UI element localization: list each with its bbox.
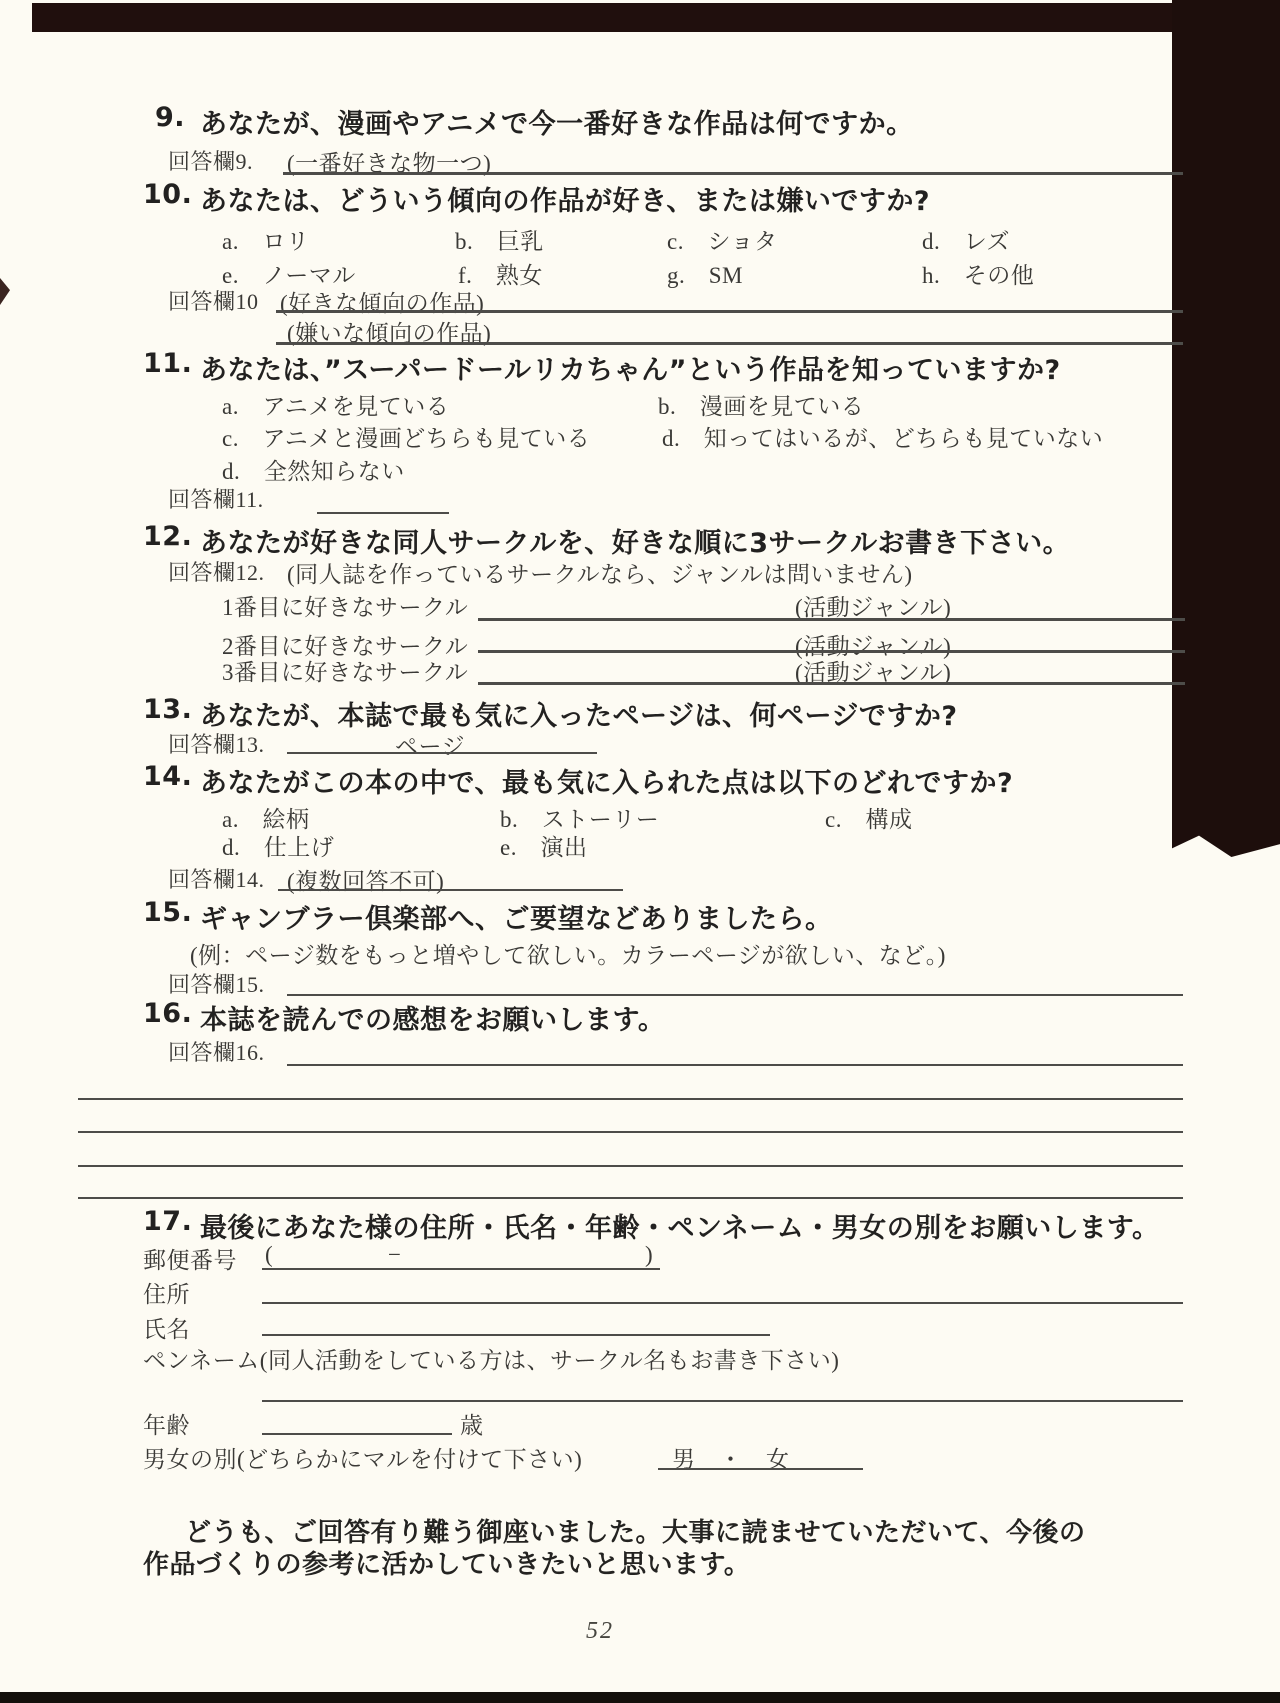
address-line <box>262 1302 1183 1304</box>
circle-1-label: 1番目に好きなサークル <box>222 589 468 622</box>
scan-border-bottom <box>0 1692 1280 1703</box>
scan-border-right <box>1172 0 1280 857</box>
option-10-h: h. その他 <box>922 257 1034 290</box>
option-14-e: e. 演出 <box>500 829 587 862</box>
free-line-3 <box>78 1165 1183 1167</box>
question-10-number: 10. <box>143 179 192 210</box>
answer-label-9: 回答欄9. <box>168 145 253 176</box>
answer-label-11: 回答欄11. <box>168 483 264 514</box>
option-11-e: d. 全然知らない <box>222 453 405 486</box>
option-11-d: d. 知ってはいるが、どちらも見ていない <box>662 420 1103 453</box>
address-label: 住所 <box>143 1276 190 1309</box>
question-14-number: 14. <box>143 761 192 792</box>
free-line-1 <box>78 1098 1183 1100</box>
question-13-title: あなたが、本誌で最も気に入ったページは、何ページですか? <box>200 694 958 733</box>
gender-line <box>658 1468 863 1470</box>
option-10-b: b. 巨乳 <box>455 223 544 256</box>
question-14-title: あなたがこの本の中で、最も気に入られた点は以下のどれですか? <box>200 761 1013 800</box>
answer-label-16: 回答欄16. <box>168 1036 265 1067</box>
circle-2-line <box>478 650 1185 653</box>
option-14-d: d. 仕上げ <box>222 829 334 862</box>
option-10-g: g. SM <box>667 257 743 290</box>
answer-line-10-dislike <box>276 342 1183 345</box>
question-15-title: ギャンブラー倶楽部へ、ご要望などありましたら。 <box>200 897 833 936</box>
postal-line <box>262 1268 660 1270</box>
question-11-title: あなたは、”スーパードールリカちゃん”という作品を知っていますか? <box>200 348 1061 387</box>
answer-line-16 <box>287 1064 1183 1066</box>
answer-label-10: 回答欄10 <box>168 285 259 316</box>
question-17-title: 最後にあなた様の住所・氏名・年齢・ペンネーム・男女の別をお願いします。 <box>200 1206 1160 1245</box>
circle-3-label: 3番目に好きなサークル <box>222 654 468 687</box>
postal-label: 郵便番号 <box>143 1242 237 1275</box>
answer-note-10-like: (好きな傾向の作品) <box>280 285 484 318</box>
answer-line-13 <box>287 752 597 754</box>
scan-mark-left <box>0 278 10 305</box>
postal-paren-close: ) <box>645 1242 653 1268</box>
gender-label: 男女の別(どちらかにマルを付けて下さい) <box>143 1441 582 1474</box>
question-13-number: 13. <box>143 694 192 725</box>
circle-1-line <box>478 618 1185 621</box>
question-11-number: 11. <box>143 348 192 379</box>
free-line-2 <box>78 1131 1183 1133</box>
free-line-4 <box>78 1197 1183 1199</box>
question-15-number: 15. <box>143 897 192 928</box>
question-17-number: 17. <box>143 1206 192 1237</box>
page-number: 52 <box>540 1618 660 1645</box>
answer-line-14 <box>278 889 623 891</box>
option-11-a: a. アニメを見ている <box>222 388 449 421</box>
answer-label-12: 回答欄12. <box>168 556 265 587</box>
penname-line <box>262 1400 1183 1402</box>
question-16-number: 16. <box>143 998 192 1029</box>
answer-label-14: 回答欄14. <box>168 863 265 894</box>
name-label: 氏名 <box>143 1311 190 1344</box>
question-16-title: 本誌を読んでの感想をお願いします。 <box>200 998 665 1037</box>
option-11-b: b. 漫画を見ている <box>658 388 864 421</box>
age-label: 年齢 <box>143 1407 190 1440</box>
answer-13-unit: ページ <box>395 728 465 761</box>
answer-line-10-like <box>276 310 1183 313</box>
answer-label-15: 回答欄15. <box>168 968 265 999</box>
postal-paren-open: ( <box>265 1242 273 1268</box>
question-9-title: あなたが、漫画やアニメで今一番好きな作品は何ですか。 <box>200 102 914 141</box>
answer-label-13: 回答欄13. <box>168 728 265 759</box>
option-10-a: a. ロリ <box>222 223 309 256</box>
option-11-c: c. アニメと漫画どちらも見ている <box>222 420 590 453</box>
age-line <box>262 1433 452 1435</box>
closing-line-2: 作品づくりの参考に活かしていきたいと思います。 <box>143 1544 750 1581</box>
answer-note-12: (同人誌を作っているサークルなら、ジャンルは問いません) <box>287 556 913 589</box>
age-unit: 歳 <box>460 1407 484 1440</box>
question-9-number: 9. <box>155 102 185 133</box>
name-line <box>262 1334 770 1336</box>
example-note-15: (例：ページ数をもっと増やして欲しい。カラーページが欲しい、など。) <box>190 937 946 970</box>
option-10-d: d. レズ <box>922 223 1010 256</box>
scan-border-top <box>32 3 1178 32</box>
answer-note-14: (複数回答不可) <box>287 863 444 896</box>
question-10-title: あなたは、どういう傾向の作品が好き、または嫌いですか? <box>200 179 930 218</box>
answer-line-9 <box>283 172 1183 175</box>
question-12-number: 12. <box>143 521 192 552</box>
answer-line-11 <box>317 512 449 514</box>
question-12-title: あなたが好きな同人サークルを、好きな順に3サークルお書き下さい。 <box>200 521 1070 560</box>
option-14-c: c. 構成 <box>825 801 912 834</box>
postal-dash: − <box>388 1242 401 1268</box>
option-10-c: c. ショタ <box>667 223 778 256</box>
penname-label: ペンネーム(同人活動をしている方は、サークル名もお書き下さい) <box>143 1342 839 1375</box>
questionnaire-page: 9. あなたが、漫画やアニメで今一番好きな作品は何ですか。 回答欄9. (一番好… <box>0 0 1280 1703</box>
circle-3-line <box>478 682 1185 685</box>
answer-line-15 <box>287 994 1183 996</box>
